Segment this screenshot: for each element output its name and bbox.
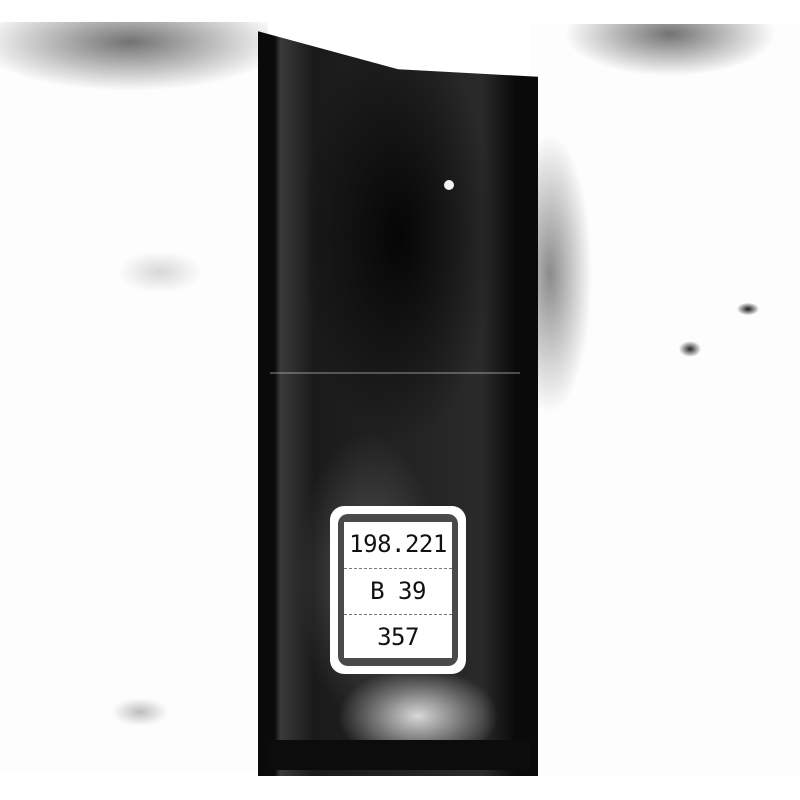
- label-inner: 198.221 B 39 357: [344, 522, 452, 658]
- call-number-item: 357: [344, 614, 452, 659]
- front-cover-left: [0, 22, 268, 774]
- call-number-cutter: B 39: [344, 568, 452, 613]
- call-number-class: 198.221: [344, 522, 452, 566]
- spine-crease: [270, 372, 520, 374]
- spine-worn-spot: [444, 180, 454, 190]
- book-scan: 198.221 B 39 357: [0, 0, 800, 800]
- call-number-label: 198.221 B 39 357: [330, 506, 466, 674]
- back-cover-right: [530, 24, 800, 776]
- spine-bottom-edge: [268, 740, 530, 770]
